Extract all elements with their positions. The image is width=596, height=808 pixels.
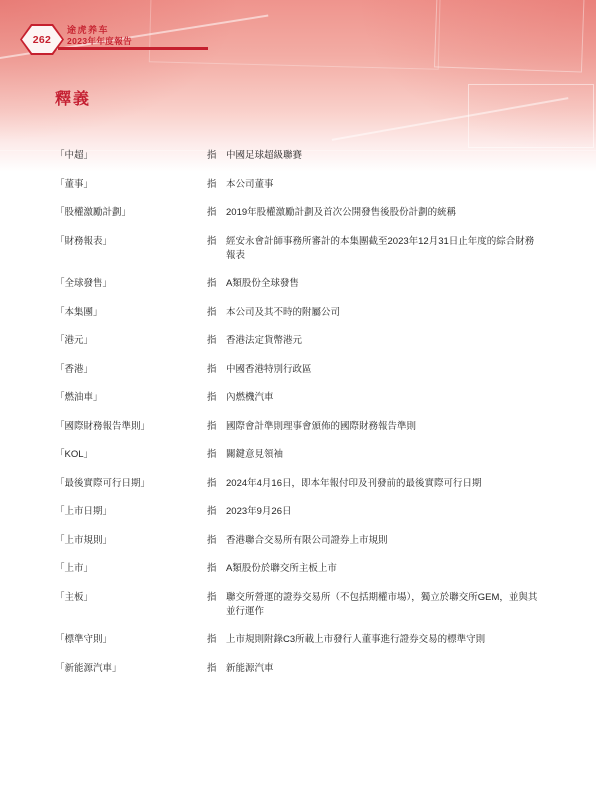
page-title: 釋義 [55, 86, 91, 109]
definition-row: 「中超」 指 中國足球超級聯賽 [55, 149, 541, 163]
zhi-label: 指 [207, 662, 226, 676]
term-cell: 「上市日期」 [55, 505, 207, 519]
zhi-label: 指 [207, 591, 226, 619]
report-title-line: 2023年年度報告 [67, 36, 132, 47]
definition-row: 「KOL」 指 關鍵意見領袖 [55, 448, 541, 462]
header-brand-block: 途虎养车 2023年年度報告 [67, 25, 132, 47]
page-number: 262 [33, 34, 51, 46]
definition-cell: 聯交所營運的證券交易所（不包括期權市場），獨立於聯交所GEM，並與其並行運作 [226, 591, 541, 619]
definition-cell: 上市規則附錄C3所載上市發行人董事進行證券交易的標準守則 [226, 633, 541, 647]
definition-row: 「股權激勵計劃」 指 2019年股權激勵計劃及首次公開發售後股份計劃的統稱 [55, 206, 541, 220]
definition-cell: 香港法定貨幣港元 [226, 334, 541, 348]
zhi-label: 指 [207, 448, 226, 462]
term-cell: 「上市」 [55, 562, 207, 576]
term-cell: 「國際財務報告準則」 [55, 420, 207, 434]
term-cell: 「財務報表」 [55, 235, 207, 263]
term-cell: 「燃油車」 [55, 391, 207, 405]
term-cell: 「中超」 [55, 149, 207, 163]
report-page: 262 途虎养车 2023年年度報告 釋義 「中超」 指 中國足球超級聯賽 「董… [0, 0, 596, 808]
definition-cell: 中國足球超級聯賽 [226, 149, 541, 163]
definition-cell: 2023年9月26日 [226, 505, 541, 519]
background-rectangle [149, 0, 441, 70]
zhi-label: 指 [207, 206, 226, 220]
background-diagonal-line [332, 97, 569, 140]
zhi-label: 指 [207, 505, 226, 519]
definition-row: 「董事」 指 本公司董事 [55, 178, 541, 192]
term-cell: 「董事」 [55, 178, 207, 192]
definition-cell: A類股份全球發售 [226, 277, 541, 291]
definition-cell: 中國香港特別行政區 [226, 363, 541, 377]
definition-cell: 本公司及其不時的附屬公司 [226, 306, 541, 320]
term-cell: 「KOL」 [55, 448, 207, 462]
zhi-label: 指 [207, 477, 226, 491]
term-cell: 「最後實際可行日期」 [55, 477, 207, 491]
definition-cell: 本公司董事 [226, 178, 541, 192]
definition-row: 「全球發售」 指 A類股份全球發售 [55, 277, 541, 291]
definitions-list: 「中超」 指 中國足球超級聯賽 「董事」 指 本公司董事 「股權激勵計劃」 指 … [55, 149, 541, 690]
zhi-label: 指 [207, 534, 226, 548]
zhi-label: 指 [207, 149, 226, 163]
definition-row: 「上市日期」 指 2023年9月26日 [55, 505, 541, 519]
term-cell: 「上市規則」 [55, 534, 207, 548]
definition-cell: 經安永會計師事務所審計的本集團截至2023年12月31日止年度的綜合財務報表 [226, 235, 541, 263]
definition-cell: 2024年4月16日，即本年報付印及刊發前的最後實際可行日期 [226, 477, 541, 491]
term-cell: 「標準守則」 [55, 633, 207, 647]
zhi-label: 指 [207, 277, 226, 291]
background-rectangle [468, 84, 594, 148]
definition-row: 「上市」 指 A類股份於聯交所主板上市 [55, 562, 541, 576]
term-cell: 「本集團」 [55, 306, 207, 320]
definition-row: 「標準守則」 指 上市規則附錄C3所載上市發行人董事進行證券交易的標準守則 [55, 633, 541, 647]
definition-cell: 2019年股權激勵計劃及首次公開發售後股份計劃的統稱 [226, 206, 541, 220]
zhi-label: 指 [207, 391, 226, 405]
zhi-label: 指 [207, 334, 226, 348]
zhi-label: 指 [207, 235, 226, 263]
zhi-label: 指 [207, 306, 226, 320]
term-cell: 「全球發售」 [55, 277, 207, 291]
zhi-label: 指 [207, 420, 226, 434]
definition-cell: 關鍵意見領袖 [226, 448, 541, 462]
definition-cell: A類股份於聯交所主板上市 [226, 562, 541, 576]
definition-row: 「上市規則」 指 香港聯合交易所有限公司證券上市規則 [55, 534, 541, 548]
term-cell: 「新能源汽車」 [55, 662, 207, 676]
definition-row: 「燃油車」 指 內燃機汽車 [55, 391, 541, 405]
definition-row: 「最後實際可行日期」 指 2024年4月16日，即本年報付印及刊發前的最後實際可… [55, 477, 541, 491]
zhi-label: 指 [207, 363, 226, 377]
term-cell: 「香港」 [55, 363, 207, 377]
definition-row: 「新能源汽車」 指 新能源汽車 [55, 662, 541, 676]
definition-row: 「香港」 指 中國香港特別行政區 [55, 363, 541, 377]
definition-cell: 香港聯合交易所有限公司證券上市規則 [226, 534, 541, 548]
background-rectangle [434, 0, 586, 73]
definition-cell: 內燃機汽車 [226, 391, 541, 405]
zhi-label: 指 [207, 178, 226, 192]
definition-row: 「主板」 指 聯交所營運的證券交易所（不包括期權市場），獨立於聯交所GEM，並與… [55, 591, 541, 619]
zhi-label: 指 [207, 633, 226, 647]
page-number-badge: 262 [20, 24, 64, 55]
brand-name: 途虎养车 [67, 25, 132, 36]
term-cell: 「港元」 [55, 334, 207, 348]
term-cell: 「主板」 [55, 591, 207, 619]
definition-row: 「本集團」 指 本公司及其不時的附屬公司 [55, 306, 541, 320]
definition-row: 「國際財務報告準則」 指 國際會計準則理事會頒佈的國際財務報告準則 [55, 420, 541, 434]
term-cell: 「股權激勵計劃」 [55, 206, 207, 220]
zhi-label: 指 [207, 562, 226, 576]
definition-cell: 國際會計準則理事會頒佈的國際財務報告準則 [226, 420, 541, 434]
definition-row: 「財務報表」 指 經安永會計師事務所審計的本集團截至2023年12月31日止年度… [55, 235, 541, 263]
header-underline [58, 47, 208, 50]
definition-row: 「港元」 指 香港法定貨幣港元 [55, 334, 541, 348]
definition-cell: 新能源汽車 [226, 662, 541, 676]
